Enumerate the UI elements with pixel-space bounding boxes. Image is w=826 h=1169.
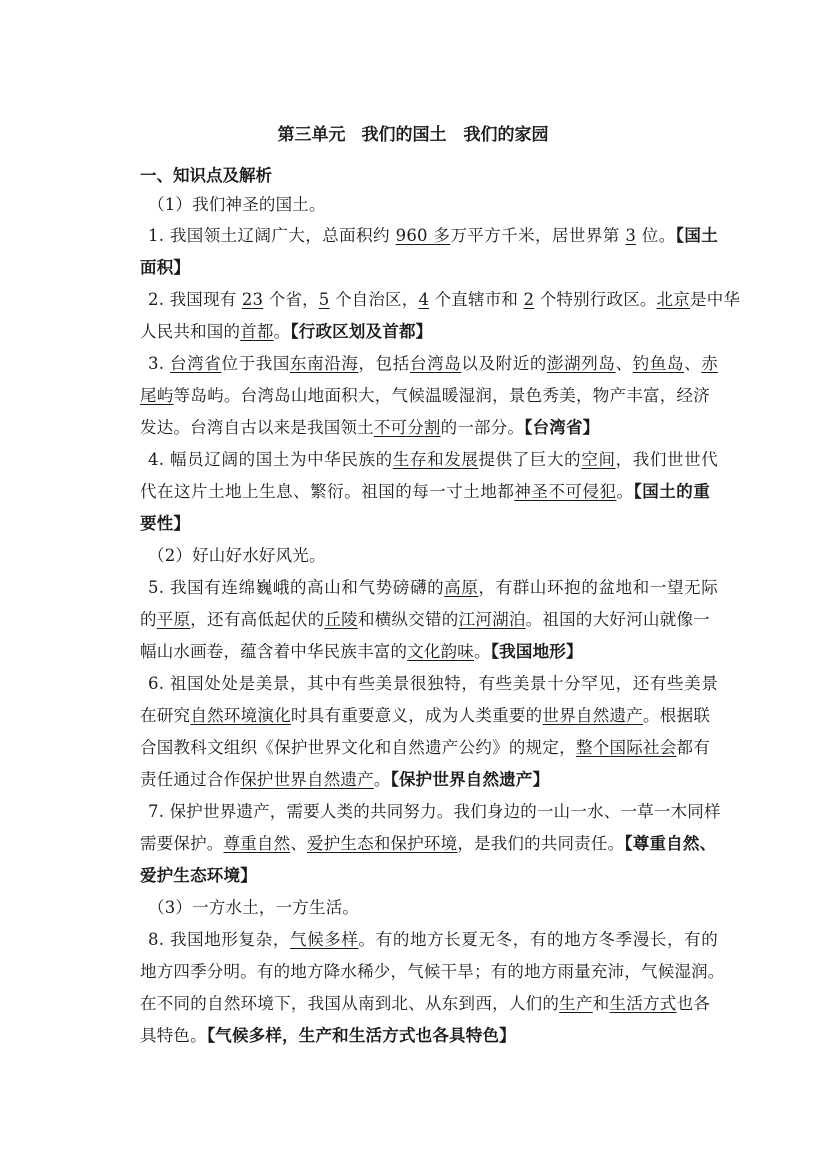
underlined-keyword: 5 <box>319 290 330 309</box>
text-segment: 4. 幅员辽阔的国土为中华民族的 <box>148 450 393 469</box>
underlined-keyword: 钓鱼岛 <box>633 354 684 373</box>
text-segment: 。根据联 <box>643 706 710 725</box>
underlined-keyword: 生存和发展 <box>393 450 479 469</box>
text-segment: 责任通过合作 <box>140 770 240 789</box>
underlined-keyword: 2 <box>524 290 535 309</box>
text-segment: ，是我们的共同责任。 <box>457 834 624 853</box>
text-segment: 位。 <box>636 226 676 245</box>
paragraph-line: 爱护生态环境】 <box>140 864 710 888</box>
paragraph-line: 尾屿等岛屿。台湾岛山地面积大，气候温暖湿润，景色秀美，物产丰富，经济 <box>140 384 710 408</box>
text-segment: 需要保护。 <box>140 834 224 853</box>
paragraph-line: 在不同的自然环境下，我国从南到北、从东到西，人们的生产和生活方式也各 <box>140 992 710 1016</box>
text-segment: 幅山水画卷，蕴含着中华民族丰富的 <box>140 642 407 661</box>
text-segment: 以及附近的 <box>461 354 547 373</box>
text-segment: 6. 祖国处处是美景，其中有些美景很独特，有些美景十分罕见，还有些美景 <box>148 674 718 693</box>
subsection-heading: （3）一方水土，一方生活。 <box>140 896 718 920</box>
paragraph-line: 3. 台湾省位于我国东南沿海，包括台湾岛以及附近的澎湖列岛、钓鱼岛、赤 <box>140 352 718 376</box>
text-segment: 7. 保护世界遗产，需要人类的共同努力。我们身边的一山一水、一草一木同样 <box>148 802 721 821</box>
underlined-keyword: 不可分割 <box>374 418 441 437</box>
underlined-keyword: 北京 <box>657 290 690 309</box>
text-segment: 发达。台湾自古以来是我国领土 <box>140 418 374 437</box>
text-segment: 。 <box>374 770 391 789</box>
underlined-keyword: 澎湖列岛 <box>547 354 616 373</box>
underlined-keyword: 3 <box>625 226 636 245</box>
paragraph-line: 责任通过合作保护世界自然遗产。【保护世界自然遗产】 <box>140 768 710 792</box>
text-segment: 。祖国的大好河山就像一 <box>526 610 710 629</box>
underlined-keyword: 尾屿 <box>140 386 174 405</box>
underlined-keyword: 生活方式 <box>609 994 676 1013</box>
underlined-keyword: 23 <box>242 290 263 309</box>
underlined-keyword: 自然环境演化 <box>190 706 291 725</box>
key-point-tag: 【我国地形】 <box>491 642 583 661</box>
text-segment: 8. 我国地形复杂， <box>148 930 290 949</box>
paragraph-line: 人民共和国的首都。【行政区划及首都】 <box>140 320 710 344</box>
text-segment: 。 <box>616 482 633 501</box>
paragraph-line: 的平原，还有高低起伏的丘陵和横纵交错的江河湖泊。祖国的大好河山就像一 <box>140 608 710 632</box>
underlined-keyword: 赤 <box>701 354 718 373</box>
paragraph-line: 在研究自然环境演化时具有重要意义，成为人类重要的世界自然遗产。根据联 <box>140 704 710 728</box>
key-point-tag: 【尊重自然、 <box>624 834 716 853</box>
page-title: 第三单元 我们的国土 我们的家园 <box>0 120 826 145</box>
text-segment: 地方四季分明。有的地方降水稀少，气候干旱；有的地方雨量充沛，气候湿润。 <box>140 962 725 981</box>
section-heading: 一、知识点及解析 <box>140 162 272 186</box>
key-point-tag: 【气候多样，生产和生活方式也各具特色】 <box>207 1026 516 1045</box>
paragraph-line: 合国教科文组织《保护世界文化和自然遗产公约》的规定，整个国际社会都有 <box>140 736 710 760</box>
paragraph-line: 2. 我国现有 23 个省，5 个自治区，4 个直辖市和 2 个特别行政区。北京… <box>140 288 718 312</box>
text-segment: 3. <box>148 354 170 373</box>
text-segment: ，我们世世代 <box>616 450 718 469</box>
underlined-keyword: 空间 <box>581 450 615 469</box>
underlined-keyword: 文化韵味 <box>407 642 474 661</box>
text-segment: 的一部分。 <box>441 418 525 437</box>
key-point-tag: 【台湾省】 <box>524 418 599 437</box>
key-point-tag: 面积】 <box>140 258 190 277</box>
text-segment: 个特别行政区。 <box>534 290 656 309</box>
paragraph-line: 4. 幅员辽阔的国土为中华民族的生存和发展提供了巨大的空间，我们世世代 <box>140 448 718 472</box>
paragraph-line: 代在这片土地上生息、繁衍。祖国的每一寸土地都神圣不可侵犯。【国土的重 <box>140 480 710 504</box>
text-segment: ，有群山环抱的盆地和一望无际 <box>479 578 718 597</box>
text-segment: 提供了巨大的 <box>479 450 582 469</box>
underlined-keyword: 整个国际社会 <box>576 738 677 757</box>
text-segment: 的 <box>140 610 157 629</box>
text-segment: 万平方千米，居世界第 <box>450 226 625 245</box>
text-segment: 2. 我国现有 <box>148 290 242 309</box>
paragraph-line: 1. 我国领土辽阔广大，总面积约 960 多万平方千米，居世界第 3 位。【国土 <box>140 224 718 248</box>
paragraph-line: 6. 祖国处处是美景，其中有些美景很独特，有些美景十分罕见，还有些美景 <box>140 672 718 696</box>
paragraph-line: 幅山水画卷，蕴含着中华民族丰富的文化韵味。【我国地形】 <box>140 640 710 664</box>
paragraph-line: 面积】 <box>140 256 710 280</box>
text-segment: 、 <box>290 834 307 853</box>
underlined-keyword: 平原 <box>157 610 191 629</box>
text-segment: ，包括 <box>359 354 410 373</box>
text-segment: 1. 我国领土辽阔广大，总面积约 <box>148 226 396 245</box>
underlined-keyword: 气候多样 <box>290 930 359 949</box>
text-segment: 个直辖市和 <box>429 290 523 309</box>
subsection-heading: （2）好山好水好风光。 <box>140 544 718 568</box>
paragraph-line: 7. 保护世界遗产，需要人类的共同努力。我们身边的一山一水、一草一木同样 <box>140 800 718 824</box>
underlined-keyword: 4 <box>418 290 429 309</box>
text-segment: 具特色。 <box>140 1026 207 1045</box>
key-point-tag: 【国土的重 <box>634 482 711 501</box>
text-segment: 合国教科文组织《保护世界文化和自然遗产公约》的规定， <box>140 738 576 757</box>
text-segment: 在不同的自然环境下，我国从南到北、从东到西，人们的 <box>140 994 559 1013</box>
key-point-tag: 爱护生态环境】 <box>140 866 257 885</box>
underlined-keyword: 世界自然遗产 <box>542 706 643 725</box>
text-segment: 和 <box>593 994 610 1013</box>
document-page: 第三单元 我们的国土 我们的家园 一、知识点及解析 （1）我们神圣的国土。1. … <box>0 0 826 1169</box>
paragraph-line: 发达。台湾自古以来是我国领土不可分割的一部分。【台湾省】 <box>140 416 710 440</box>
underlined-keyword: 生产 <box>559 994 593 1013</box>
underlined-keyword: 江河湖泊 <box>459 610 526 629</box>
underlined-keyword: 爱护生态和保护环境 <box>307 834 457 853</box>
text-segment: 人民共和国的 <box>140 322 240 341</box>
key-point-tag: 【行政区划及首都】 <box>290 322 432 341</box>
text-segment: 和横纵交错的 <box>358 610 459 629</box>
paragraph-line: 地方四季分明。有的地方降水稀少，气候干旱；有的地方雨量充沛，气候湿润。 <box>140 960 710 984</box>
text-segment: 。 <box>274 322 291 341</box>
text-segment: 都有 <box>677 738 710 757</box>
text-segment: 等岛屿。台湾岛山地面积大，气候温暖湿润，景色秀美，物产丰富，经济 <box>174 386 710 405</box>
text-segment: 5. 我国有连绵巍峨的高山和气势磅礴的 <box>148 578 444 597</box>
subsection-heading: （1）我们神圣的国土。 <box>140 193 718 217</box>
underlined-keyword: 神圣不可侵犯 <box>514 482 616 501</box>
key-point-tag: 要性】 <box>140 514 190 533</box>
text-segment: 、 <box>616 354 633 373</box>
underlined-keyword: 高原 <box>444 578 478 597</box>
key-point-tag: 【保护世界自然遗产】 <box>391 770 550 789</box>
paragraph-line: 5. 我国有连绵巍峨的高山和气势磅礴的高原，有群山环抱的盆地和一望无际 <box>140 576 718 600</box>
underlined-keyword: 尊重自然 <box>224 834 291 853</box>
text-segment: ，还有高低起伏的 <box>190 610 324 629</box>
underlined-keyword: 台湾岛 <box>410 354 461 373</box>
text-segment: 时具有重要意义，成为人类重要的 <box>291 706 543 725</box>
text-segment: 。 <box>474 642 491 661</box>
paragraph-line: 8. 我国地形复杂，气候多样。有的地方长夏无冬，有的地方冬季漫长，有的 <box>140 928 718 952</box>
paragraph-line: 要性】 <box>140 512 710 536</box>
key-point-tag: 【国土 <box>676 226 718 245</box>
underlined-keyword: 960 多 <box>396 226 451 245</box>
text-segment: 是中华 <box>690 290 740 309</box>
paragraph-line: 具特色。【气候多样，生产和生活方式也各具特色】 <box>140 1024 710 1048</box>
text-segment: 位于我国 <box>221 354 290 373</box>
text-segment: 。有的地方长夏无冬，有的地方冬季漫长，有的 <box>359 930 718 949</box>
underlined-keyword: 东南沿海 <box>290 354 359 373</box>
underlined-keyword: 丘陵 <box>324 610 358 629</box>
underlined-keyword: 台湾省 <box>170 354 221 373</box>
text-segment: 在研究 <box>140 706 190 725</box>
text-segment: 个自治区， <box>330 290 419 309</box>
text-segment: 也各 <box>677 994 710 1013</box>
text-segment: 代在这片土地上生息、繁衍。祖国的每一寸土地都 <box>140 482 514 501</box>
underlined-keyword: 首都 <box>240 322 273 341</box>
paragraph-line: 需要保护。尊重自然、爱护生态和保护环境，是我们的共同责任。【尊重自然、 <box>140 832 710 856</box>
underlined-keyword: 保护世界自然遗产 <box>240 770 374 789</box>
text-segment: 个省， <box>263 290 319 309</box>
text-segment: 、 <box>684 354 701 373</box>
